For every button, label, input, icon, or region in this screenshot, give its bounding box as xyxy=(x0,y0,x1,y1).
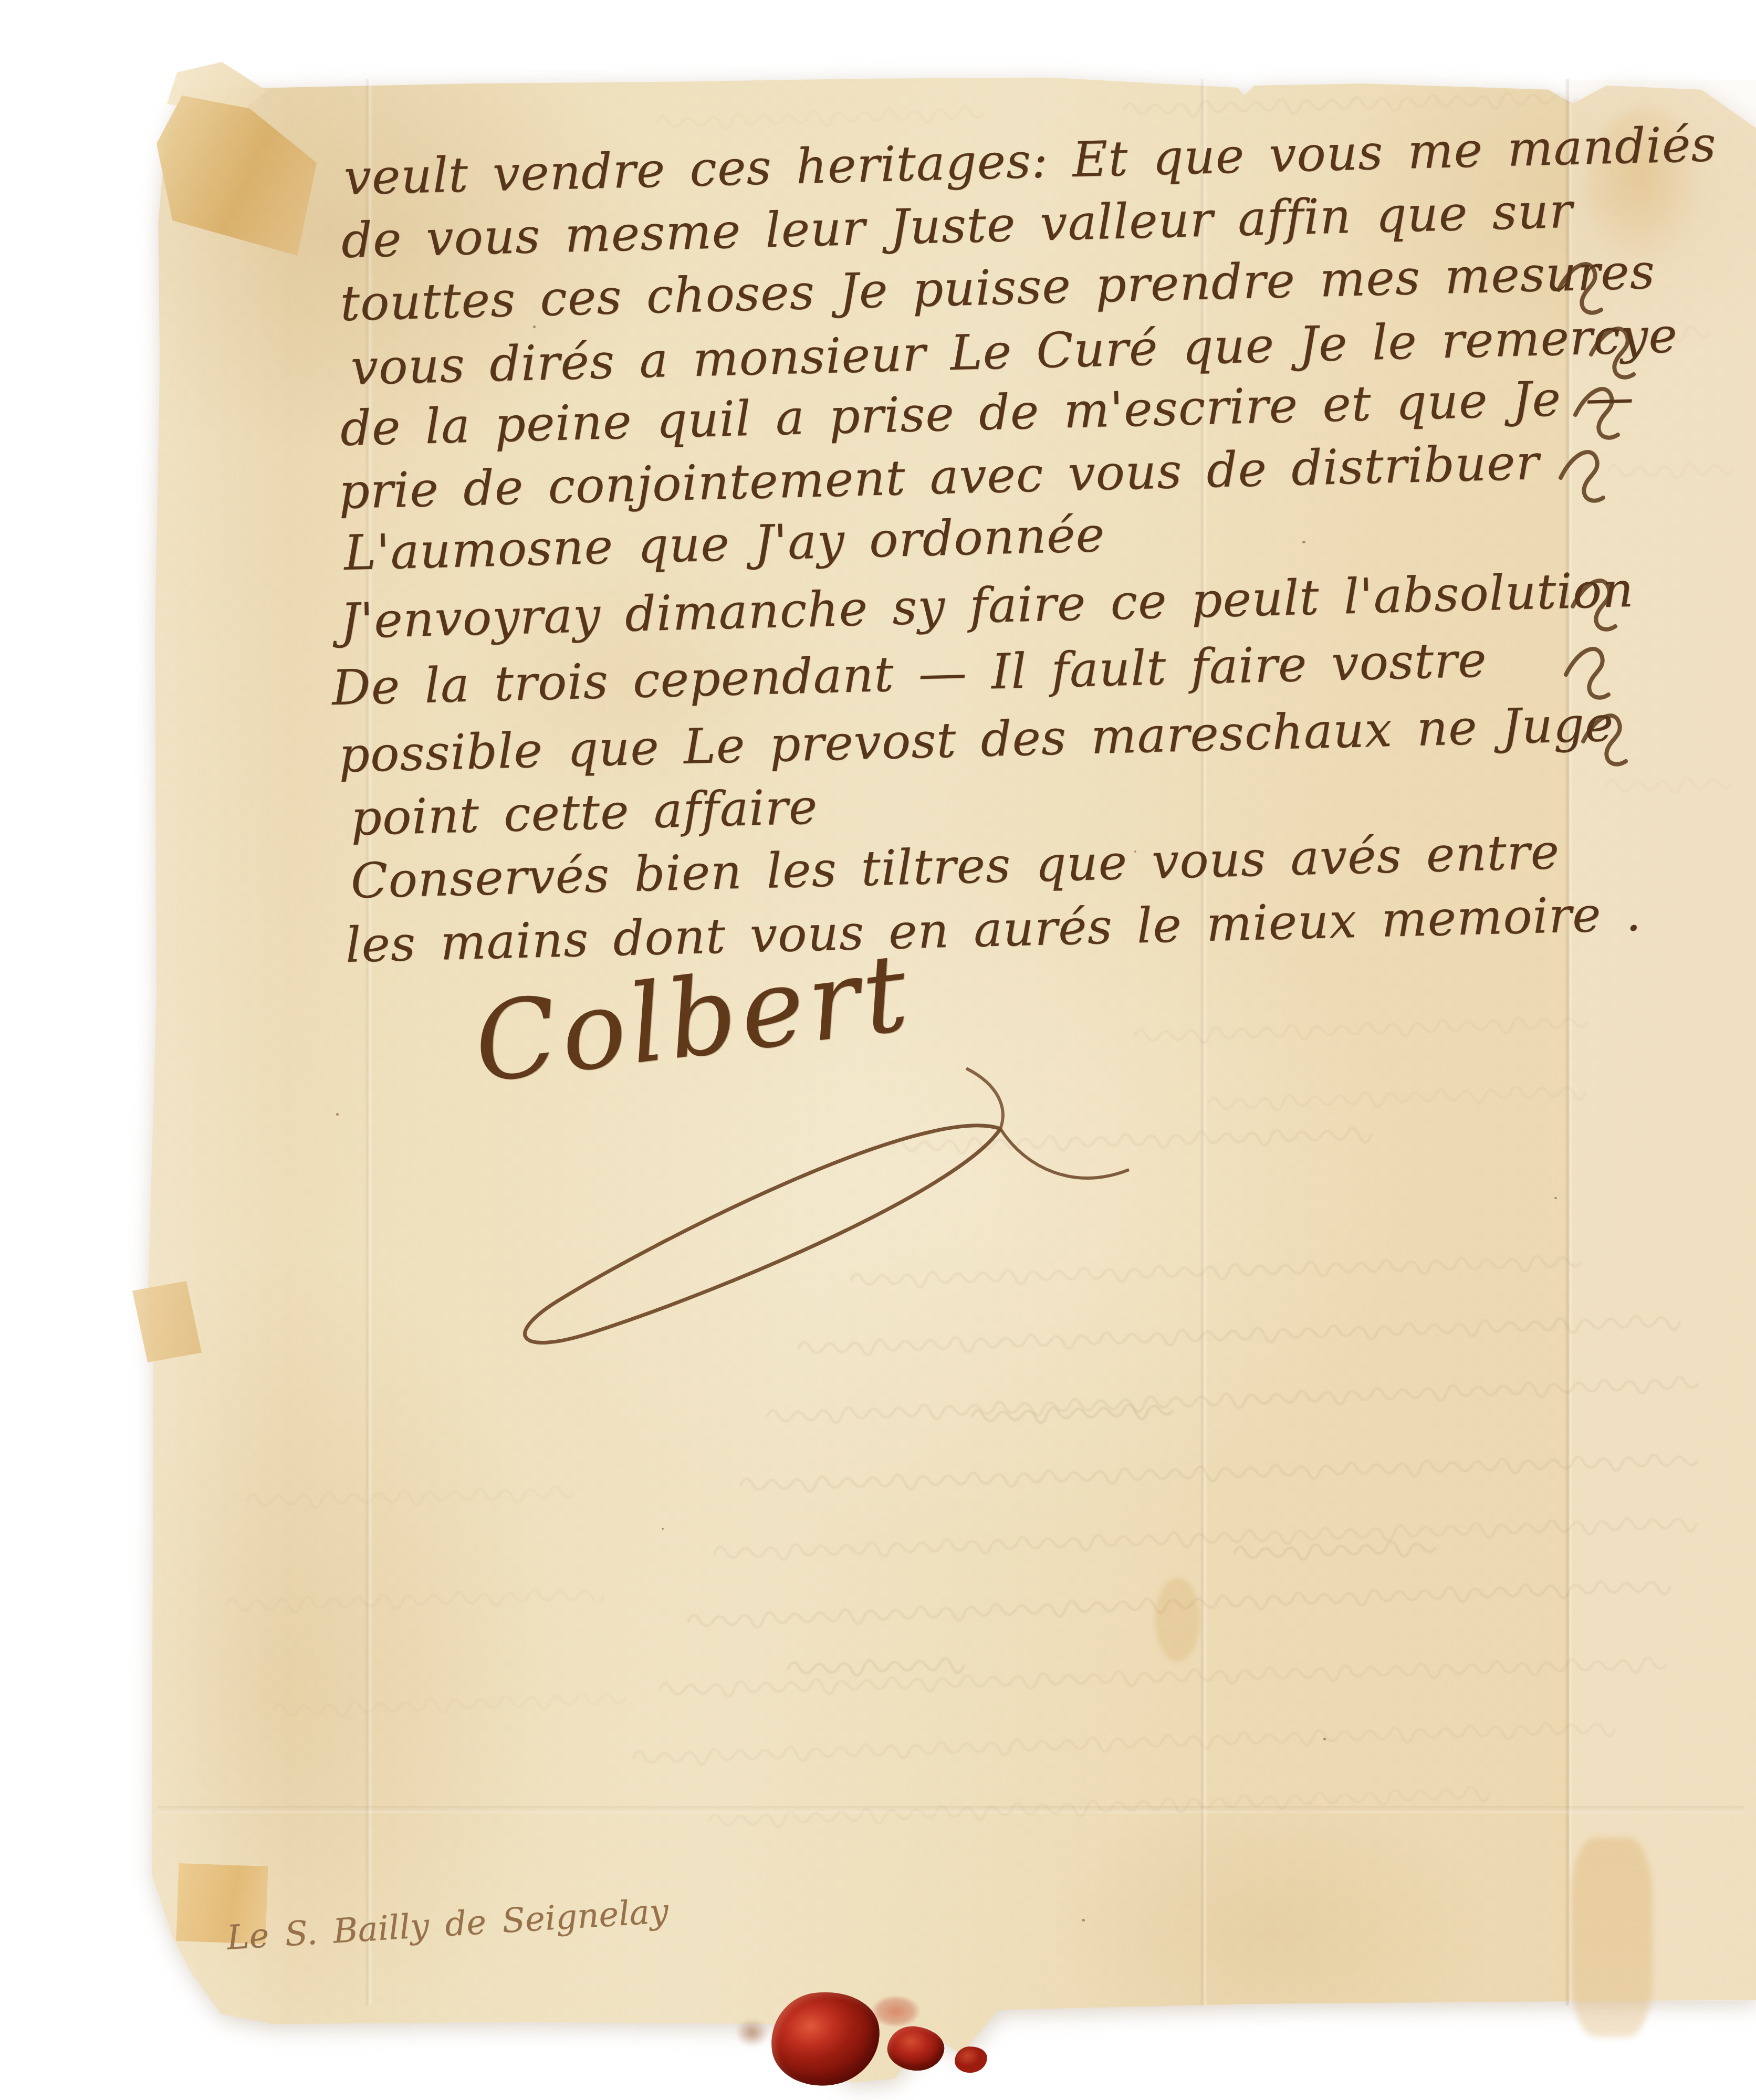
letter-line: point cette affaire xyxy=(350,779,819,846)
wax-seal-fragment xyxy=(954,2045,988,2074)
wax-seal xyxy=(730,1989,1013,2100)
wax-seal-crumb xyxy=(871,1995,921,2028)
wax-seal-fragment xyxy=(765,1984,886,2092)
wax-smear xyxy=(730,2014,774,2052)
letter-line: L'aumosne que J'ay ordonnée xyxy=(343,507,1106,581)
wax-seal-fragment xyxy=(885,2024,946,2074)
scanned-letter-page: veult vendre ces heritages: Et que vous … xyxy=(0,0,1756,2100)
